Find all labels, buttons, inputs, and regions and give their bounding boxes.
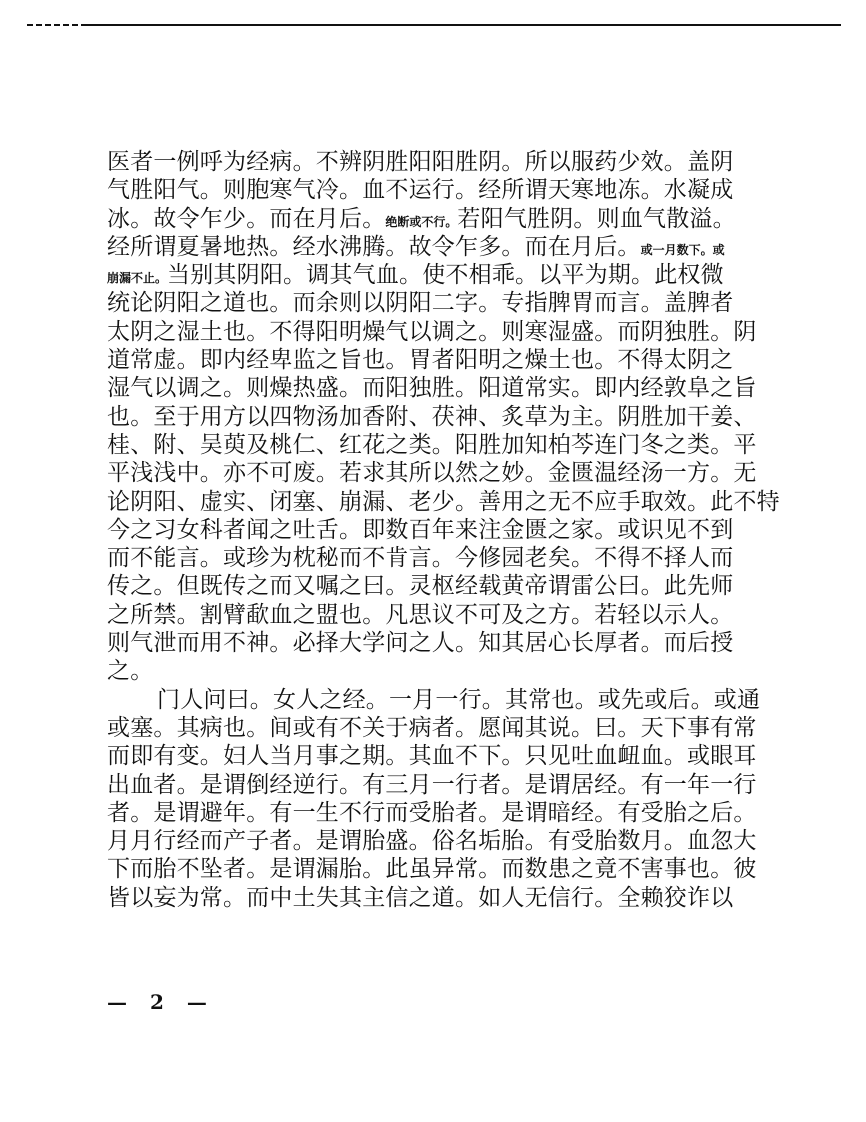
text-line: 今之习女科者闻之吐舌。即数百年来注金匮之家。或识见不到: [107, 516, 757, 544]
text-line: 出血者。是谓倒经逆行。有三月一行者。是谓居经。有一年一行: [107, 771, 757, 799]
text-line: 之。: [107, 657, 757, 685]
top-horizontal-rule: [27, 24, 841, 26]
text-line: 或塞。其病也。间或有不关于病者。愿闻其说。曰。天下事有常: [107, 714, 757, 742]
text-line: 桂、附、吴萸及桃仁、红花之类。阳胜加知柏芩连门冬之类。平: [107, 431, 757, 459]
text-line: 而即有变。妇人当月事之期。其血不下。只见吐血衄血。或眼耳: [107, 742, 757, 770]
inline-annotation: 崩漏不止。: [107, 271, 167, 285]
text-line: 论阴阳、虚实、闭塞、崩漏、老少。善用之无不应手取效。此不特: [107, 488, 757, 516]
page-body: 医者一例呼为经病。不辨阴胜阳阳胜阴。所以服药少效。盖阴 气胜阳气。则胞寒气冷。血…: [107, 148, 757, 912]
text-line: 月月行经而产子者。是谓胎盛。俗名垢胎。有受胎数月。血忽大: [107, 827, 757, 855]
text-line: 也。至于用方以四物汤加香附、茯神、炙草为主。阴胜加干姜、: [107, 403, 757, 431]
text-line: 崩漏不止。当别其阴阳。调其气血。使不相乖。以平为期。此权微: [107, 261, 757, 289]
text-line: 医者一例呼为经病。不辨阴胜阳阳胜阴。所以服药少效。盖阴: [107, 148, 757, 176]
inline-annotation: 绝断或不行。: [385, 215, 457, 229]
inline-annotation: 或一月数下。或: [641, 243, 725, 257]
text-line: 者。是谓避年。有一生不行而受胎者。是谓暗经。有受胎之后。: [107, 799, 757, 827]
text-line: 冰。故令乍少。而在月后。绝断或不行。若阳气胜阴。则血气散溢。: [107, 205, 757, 233]
text-line: 而不能言。或珍为枕秘而不肯言。今修园老矣。不得不择人而: [107, 544, 757, 572]
text-line: 则气泄而用不神。必择大学问之人。知其居心长厚者。而后授: [107, 629, 757, 657]
text-line: 下而胎不坠者。是谓漏胎。此虽异常。而数患之竟不害事也。彼: [107, 855, 757, 883]
text-line: 之所禁。割臂歃血之盟也。凡思议不可及之方。若轻以示人。: [107, 601, 757, 629]
text-line: 湿气以调之。则燥热盛。而阳独胜。阳道常实。即内经敦阜之旨: [107, 374, 757, 402]
text-line: 气胜阳气。则胞寒气冷。血不运行。经所谓天寒地冻。水凝成: [107, 176, 757, 204]
text-line: 平浅浅中。亦不可废。若求其所以然之妙。金匮温经汤一方。无: [107, 459, 757, 487]
text-line: 统论阴阳之道也。而余则以阴阳二字。专指脾胃而言。盖脾者: [107, 289, 757, 317]
text-line-indented: 门人问曰。女人之经。一月一行。其常也。或先或后。或通: [107, 686, 757, 714]
page-number: — 2 —: [107, 990, 215, 1014]
text-line: 经所谓夏暑地热。经水沸腾。故令乍多。而在月后。或一月数下。或: [107, 233, 757, 261]
text-line: 传之。但既传之而又嘱之曰。灵枢经载黄帝谓雷公曰。此先师: [107, 572, 757, 600]
text-line: 皆以妄为常。而中土失其主信之道。如人无信行。全赖狡诈以: [107, 884, 757, 912]
text-line: 太阴之湿土也。不得阳明燥气以调之。则寒湿盛。而阴独胜。阴: [107, 318, 757, 346]
text-line: 道常虚。即内经卑监之旨也。胃者阳明之燥土也。不得太阴之: [107, 346, 757, 374]
top-rule-dashed-segment: [27, 24, 82, 26]
